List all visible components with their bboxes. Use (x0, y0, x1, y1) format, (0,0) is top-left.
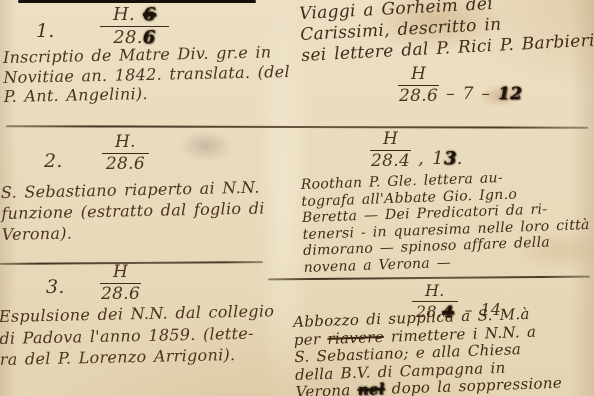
shelfmark: H 28.4 , 13. (370, 131, 463, 171)
shelfmark-fraction: H 28.6 (398, 66, 439, 106)
shelfmark-number: 28.6 (399, 86, 438, 106)
shelfmark-number: 28.4 (371, 151, 410, 171)
shelfmark-number: 28.6 (106, 154, 145, 174)
blotted-digit: 3 (444, 148, 457, 169)
shelfmark-letter: H. (102, 134, 149, 154)
shelfmark: H 28.6 – 7 – 12 (398, 66, 522, 106)
entry-text: Espulsione dei N.N. dal collegio di Pado… (0, 300, 275, 370)
top-edge-rule (18, 0, 256, 3)
entry-text: Viaggi a Gorheim dei Carissimi, descritt… (299, 0, 594, 67)
shelfmark-fraction: H 28.4 (370, 131, 411, 171)
shelfmark-letter: H. (412, 283, 458, 302)
shelfmark-suffix: – 7 – 12 (446, 84, 522, 106)
separator-line-full (6, 125, 588, 129)
manuscript-page: 1. H. 6 28.6 Inscriptio de Matre Div. gr… (0, 0, 594, 396)
entry-number: 1. (36, 20, 55, 42)
shelfmark-fraction: H 28.6 (100, 264, 141, 304)
shelfmark-suffix: , 13. (418, 148, 463, 171)
shelfmark-letter: H (370, 131, 411, 151)
entry-number: 3. (46, 276, 65, 298)
shelfmark-fraction: H. 28.6 (102, 134, 149, 174)
shelfmark-number: 28.6 (101, 284, 140, 304)
separator-line-right (268, 276, 590, 281)
entry-text: S. Sebastiano riaperto ai N.N. funzione … (1, 176, 266, 245)
blotted-digit: 6 (143, 4, 156, 25)
strikethrough-word: nel (357, 380, 385, 396)
text-line: Verona). (2, 218, 266, 245)
text-line: ra del P. Lorenzo Arrigoni). (0, 343, 275, 370)
shelfmark: H. 6 28.6 (100, 6, 169, 48)
entry-text: Inscriptio de Matre Div. gr.e in Novitia… (3, 42, 291, 106)
entry-text: Abbozzo di supplica a S. M.à per riavere… (293, 305, 562, 396)
shelfmark: H. 28.6 (102, 134, 149, 174)
entry-number: 2. (44, 150, 63, 172)
blotted-digit: 12 (498, 84, 522, 104)
entry-text: Roothan P. Gle. lettera au- tografa all'… (301, 166, 594, 276)
shelfmark-letter: H. 6 (100, 6, 169, 27)
shelfmark-letter: H (398, 66, 439, 86)
shelfmark: H 28.6 (100, 264, 141, 304)
shelfmark-letter: H (100, 264, 141, 284)
shelfmark-fraction: H. 6 28.6 (100, 6, 169, 48)
